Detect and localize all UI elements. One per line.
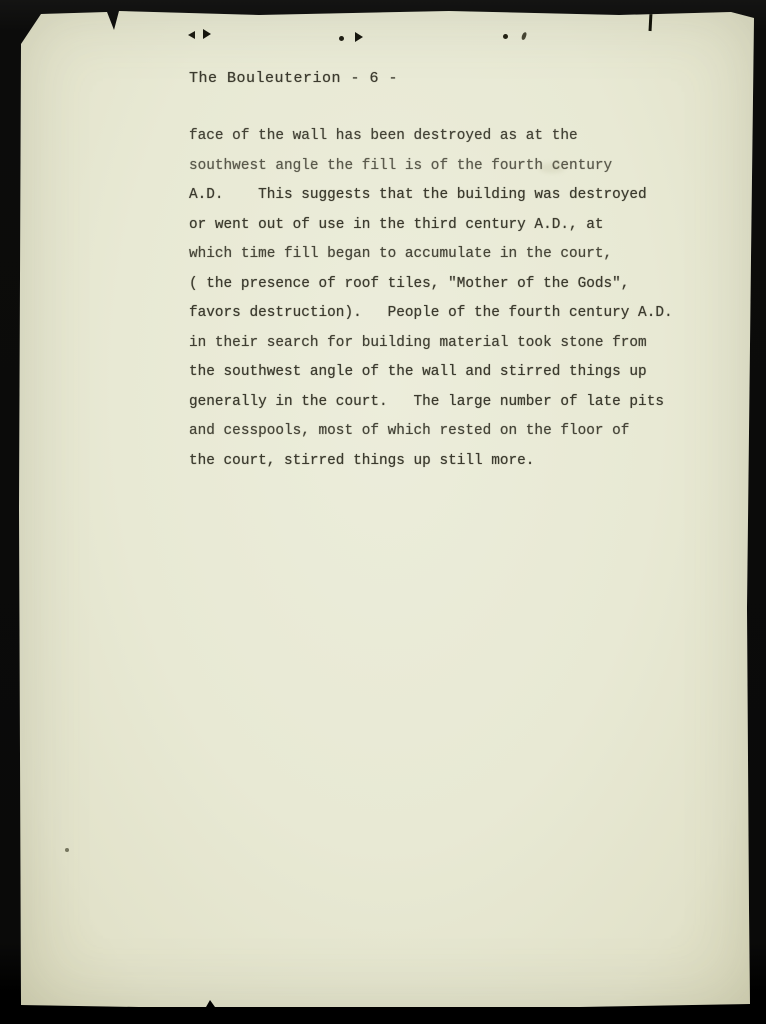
typed-line: which time fill began to accumulate in t…: [189, 240, 673, 270]
fastener-hole-mark: [339, 36, 344, 41]
typed-line: southwest angle the fill is of the fourt…: [189, 152, 673, 182]
fastener-hole-mark: [188, 31, 195, 39]
ghost-character: c: [552, 151, 561, 181]
typed-body: face of the wall has been destroyed as a…: [189, 122, 673, 476]
fastener-hole-mark: [355, 32, 363, 42]
typed-line: ( the presence of roof tiles, "Mother of…: [189, 270, 673, 300]
typed-line: A.D. This suggests that the building was…: [189, 181, 673, 211]
document-page: The Bouleuterion - 6 - face of the wall …: [19, 8, 755, 1009]
typed-line: and cesspools, most of which rested on t…: [189, 417, 673, 447]
typed-line: the court, stirred things up still more.: [189, 447, 673, 477]
page-heading: The Bouleuterion - 6 -: [189, 70, 398, 87]
typed-line: the southwest angle of the wall and stir…: [189, 358, 673, 388]
ink-tick-mark: [649, 13, 653, 31]
paper-speck: [65, 848, 69, 852]
typed-line: face of the wall has been destroyed as a…: [189, 122, 673, 152]
ghost-character: :: [308, 151, 317, 181]
typed-line: favors destruction). People of the fourt…: [189, 299, 673, 329]
typed-line: in their search for building material to…: [189, 329, 673, 359]
scan-backdrop: The Bouleuterion - 6 - face of the wall …: [0, 0, 766, 1024]
fastener-hole-mark: [521, 32, 527, 41]
typed-line: or went out of use in the third century …: [189, 211, 673, 241]
fastener-hole-mark: [503, 34, 508, 39]
fastener-hole-mark: [203, 29, 211, 39]
typed-line: generally in the court. The large number…: [189, 388, 673, 418]
